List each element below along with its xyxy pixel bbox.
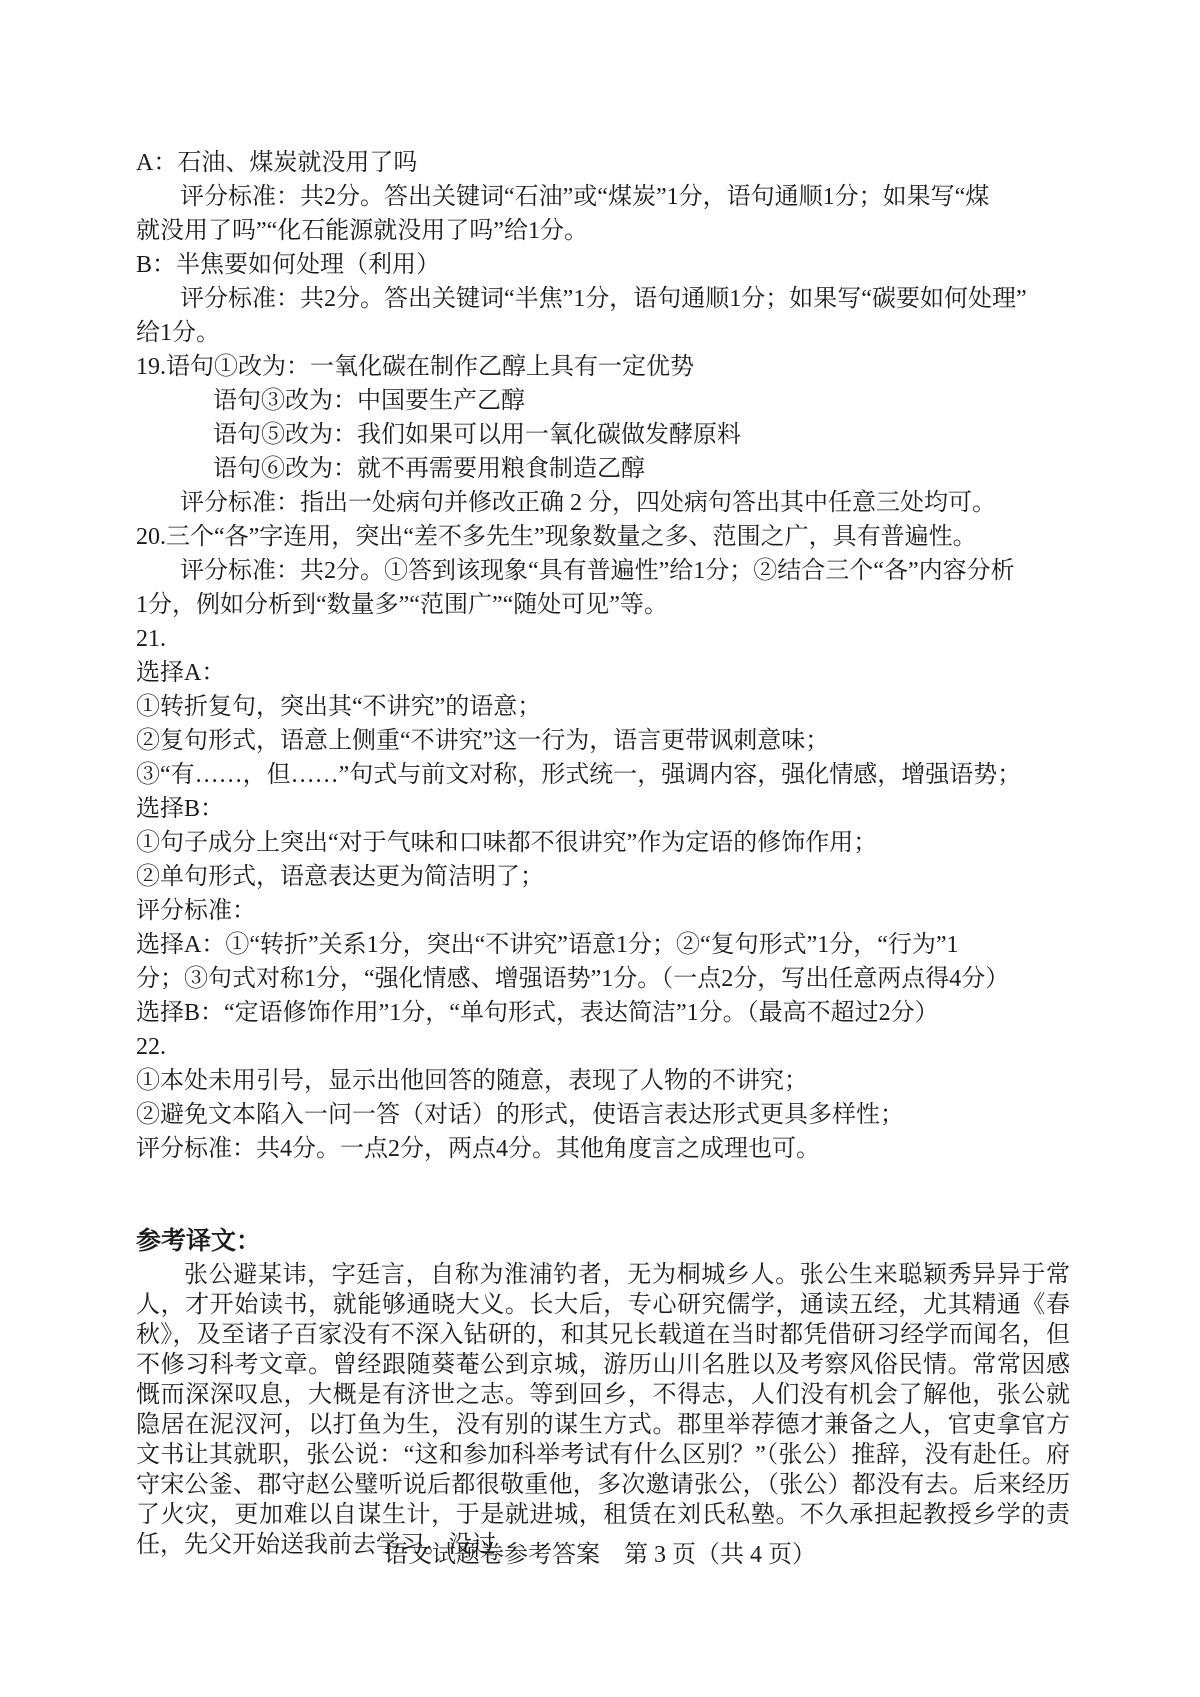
answer-line: 选择A：①“转折”关系1分，突出“不讲究”语意1分；②“复句形式”1分，“行为”… [136, 928, 1070, 962]
answer-line: 评分标准：共2分。①答到该现象“具有普遍性”给1分；②结合三个“各”内容分析 [136, 554, 1070, 588]
answer-line: 20.三个“各”字连用，突出“差不多先生”现象数量之多、范围之广，具有普遍性。 [136, 520, 1070, 554]
answer-line: 21. [136, 622, 1070, 656]
answer-line: 选择B： [136, 792, 1070, 826]
answer-line: 选择A： [136, 656, 1070, 690]
answer-line: ②单句形式，语意表达更为简洁明了； [136, 860, 1070, 894]
answer-line: 22. [136, 1030, 1070, 1064]
answer-line: ①句子成分上突出“对于气味和口味都不很讲究”作为定语的修饰作用； [136, 826, 1070, 860]
translation-paragraph: 张公避某讳，字廷言，自称为淮浦钓者，无为桐城乡人。张公生来聪颖秀异异于常人，才开… [136, 1260, 1070, 1560]
answer-line: 评分标准：共2分。答出关键词“石油”或“煤炭”1分，语句通顺1分；如果写“煤 [136, 180, 1070, 214]
answer-key-content: A：石油、煤炭就没用了吗评分标准：共2分。答出关键词“石油”或“煤炭”1分，语句… [136, 146, 1070, 1560]
answer-line: 给1分。 [136, 316, 1070, 350]
answer-line: 评分标准： [136, 894, 1070, 928]
answer-line: 19.语句①改为：一氧化碳在制作乙醇上具有一定优势 [136, 350, 1070, 384]
answer-line: 1分，例如分析到“数量多”“范围广”“随处可见”等。 [136, 588, 1070, 622]
answer-line: 语句⑤改为：我们如果可以用一氧化碳做发酵原料 [136, 418, 1070, 452]
answer-line: 评分标准：共2分。答出关键词“半焦”1分，语句通顺1分；如果写“碳要如何处理” [136, 282, 1070, 316]
answer-line: ①本处未用引号，显示出他回答的随意，表现了人物的不讲究； [136, 1064, 1070, 1098]
answer-line: 语句⑥改为：就不再需要用粮食制造乙醇 [136, 452, 1070, 486]
answer-line: A：石油、煤炭就没用了吗 [136, 146, 1070, 180]
answer-line: B：半焦要如何处理（利用） [136, 248, 1070, 282]
answer-lines: A：石油、煤炭就没用了吗评分标准：共2分。答出关键词“石油”或“煤炭”1分，语句… [136, 146, 1070, 1166]
document-page: A：石油、煤炭就没用了吗评分标准：共2分。答出关键词“石油”或“煤炭”1分，语句… [0, 0, 1200, 1697]
answer-line: ②复句形式，语意上侧重“不讲究”这一行为，语言更带讽刺意味； [136, 724, 1070, 758]
translation-heading: 参考译文： [136, 1224, 1070, 1260]
answer-line: 就没用了吗”“化石能源就没用了吗”给1分。 [136, 214, 1070, 248]
answer-line: ①转折复句，突出其“不讲究”的语意； [136, 690, 1070, 724]
answer-line: ③“有……，但……”句式与前文对称，形式统一，强调内容，强化情感，增强语势； [136, 758, 1070, 792]
answer-line: 评分标准：共4分。一点2分，两点4分。其他角度言之成理也可。 [136, 1132, 1070, 1166]
answer-line: 选择B：“定语修饰作用”1分，“单句形式，表达简洁”1分。（最高不超过2分） [136, 996, 1070, 1030]
answer-line: 语句③改为：中国要生产乙醇 [136, 384, 1070, 418]
answer-line: 评分标准：指出一处病句并修改正确 2 分，四处病句答出其中任意三处均可。 [136, 486, 1070, 520]
answer-line: 分；③句式对称1分，“强化情感、增强语势”1分。（一点2分，写出任意两点得4分） [136, 962, 1070, 996]
page-footer: 语文试题卷参考答案 第 3 页（共 4 页） [0, 1540, 1200, 1570]
answer-line: ②避免文本陷入一问一答（对话）的形式，使语言表达形式更具多样性； [136, 1098, 1070, 1132]
